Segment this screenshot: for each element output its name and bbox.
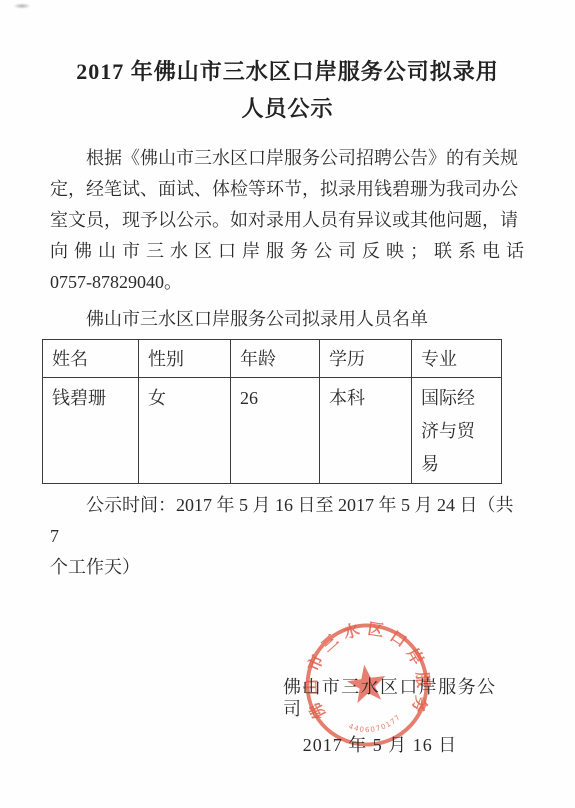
title-line-2: 人员公示 <box>0 90 575 127</box>
title-line-1: 2017 年佛山市三水区口岸服务公司拟录用 <box>0 53 575 90</box>
roster-table: 姓名 性别 年龄 学历 专业 钱碧珊 女 26 本科 国际经济与贸易 <box>42 339 502 484</box>
cell-age: 26 <box>231 378 320 484</box>
cell-major: 国际经济与贸易 <box>412 378 502 484</box>
cell-education: 本科 <box>320 378 412 484</box>
period-line-2: 个工作天） <box>50 552 524 583</box>
signature-company: 佛山市三水区口岸服务公司 <box>283 676 495 720</box>
scan-speck <box>13 3 31 9</box>
header-name: 姓名 <box>43 340 139 378</box>
publicity-period: 公示时间：2017 年 5 月 16 日至 2017 年 5 月 24 日（共 … <box>50 490 524 583</box>
header-major: 专业 <box>412 340 502 378</box>
body-line: 室文员，现予以公示。如对录用人员有异议或其他问题，请 <box>50 205 524 236</box>
period-line-1: 公示时间：2017 年 5 月 16 日至 2017 年 5 月 24 日（共 … <box>50 490 524 552</box>
header-education: 学历 <box>320 340 412 378</box>
document-title: 2017 年佛山市三水区口岸服务公司拟录用 人员公示 <box>0 53 575 127</box>
document-page: 2017 年佛山市三水区口岸服务公司拟录用 人员公示 根据《佛山市三水区口岸服务… <box>0 0 575 808</box>
body-line: 定，经笔试、面试、体检等环节，拟录用钱碧珊为我司办公 <box>50 174 524 205</box>
cell-name: 钱碧珊 <box>43 378 139 484</box>
header-age: 年龄 <box>231 340 320 378</box>
body-line: 向佛山市三水区口岸服务公司反映；联系电话 <box>50 236 524 267</box>
signature-date: 2017 年 5 月 16 日 <box>283 734 477 756</box>
header-gender: 性别 <box>139 340 231 378</box>
signature-block: 佛山市三水区口岸服务公司 2017 年 5 月 16 日 <box>283 676 495 756</box>
document-body: 根据《佛山市三水区口岸服务公司招聘公告》的有关规 定，经笔试、面试、体检等环节，… <box>50 143 524 583</box>
body-line-phone: 0757-87829040。 <box>50 267 524 298</box>
roster-caption: 佛山市三水区口岸服务公司拟录用人员名单 <box>50 304 524 335</box>
table-header-row: 姓名 性别 年龄 学历 专业 <box>43 340 502 378</box>
body-line: 根据《佛山市三水区口岸服务公司招聘公告》的有关规 <box>50 143 524 174</box>
cell-gender: 女 <box>139 378 231 484</box>
table-row: 钱碧珊 女 26 本科 国际经济与贸易 <box>43 378 502 484</box>
